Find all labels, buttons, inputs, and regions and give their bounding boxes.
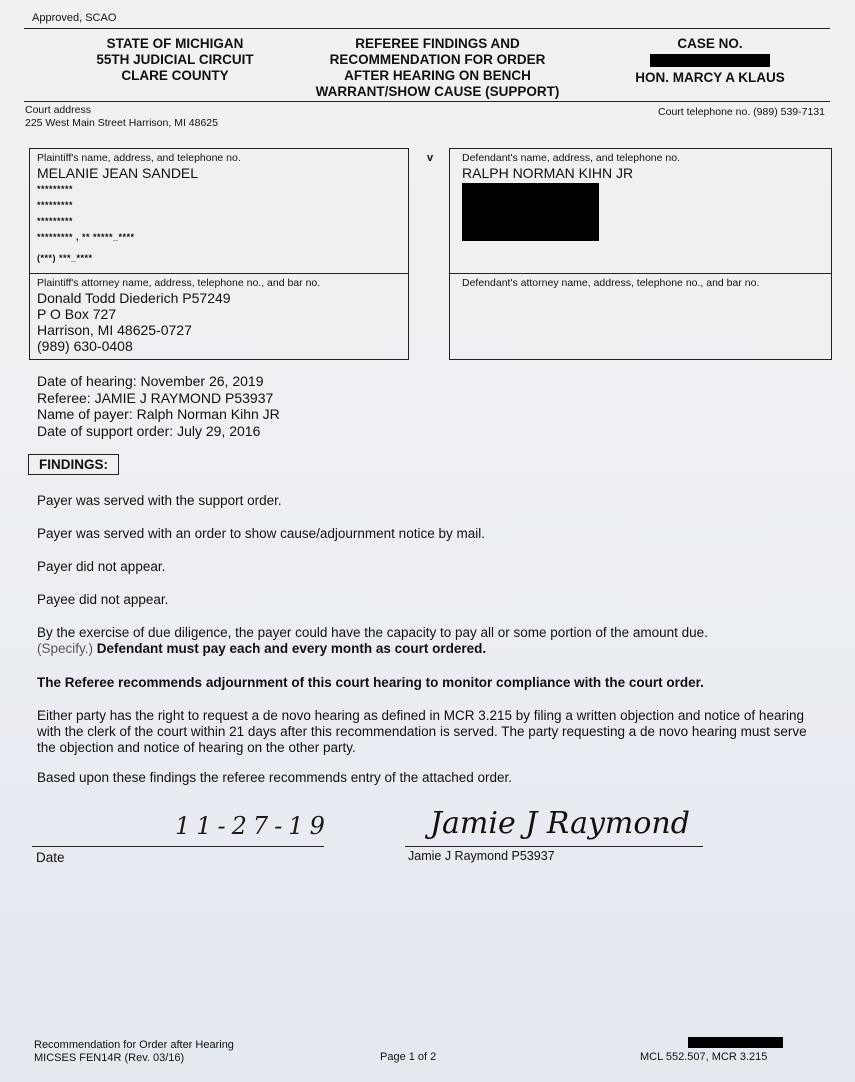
case-no-label: CASE NO.: [610, 36, 810, 52]
plaintiff-attorney-label: Plaintiff's attorney name, address, tele…: [37, 277, 320, 289]
specify-text: Defendant must pay each and every month …: [97, 641, 486, 656]
plaintiff-divider: [30, 273, 408, 274]
header-top-rule: [24, 28, 830, 29]
referee: Referee: JAMIE J RAYMOND P53937: [37, 390, 280, 407]
signature-line: [405, 846, 703, 847]
finding-served-show-cause: Payer was served with an order to show c…: [37, 526, 837, 542]
approved-scao: Approved, SCAO: [32, 12, 116, 24]
defendant-name: RALPH NORMAN KIHN JR: [462, 165, 680, 181]
form-title: Recommendation for Order after Hearing: [34, 1039, 234, 1052]
specify-label: (Specify.): [37, 641, 93, 656]
finding-capacity: By the exercise of due diligence, the pa…: [37, 625, 837, 657]
referee-signature: Jamie J Raymond: [430, 806, 690, 841]
hearing-info: Date of hearing: November 26, 2019 Refer…: [37, 373, 280, 439]
page-number: Page 1 of 2: [380, 1051, 436, 1064]
plaintiff-label: Plaintiff's name, address, and telephone…: [37, 152, 241, 164]
form-id: MICSES FEN14R (Rev. 03/16): [34, 1052, 234, 1065]
name-of-payer: Name of payer: Ralph Norman Kihn JR: [37, 406, 280, 423]
de-novo-notice: Either party has the right to request a …: [37, 708, 827, 756]
plaintiff-masked-address: ********* ********* ********* ********* …: [37, 181, 241, 266]
finding-payer-not-appear: Payer did not appear.: [37, 559, 837, 575]
court-name: STATE OF MICHIGAN 55TH JUDICIAL CIRCUIT …: [45, 36, 305, 84]
form-footer: Recommendation for Order after Hearing M…: [34, 1039, 234, 1065]
plaintiff-name: MELANIE JEAN SANDEL: [37, 165, 241, 181]
statutes: MCL 552.507, MCR 3.215: [640, 1051, 767, 1064]
plaintiff-box: Plaintiff's name, address, and telephone…: [29, 148, 409, 360]
case-number-redaction: [650, 54, 770, 67]
defendant-divider: [450, 273, 831, 274]
defendant-box: Defendant's name, address, and telephone…: [449, 148, 832, 360]
based-upon-findings: Based upon these findings the referee re…: [37, 770, 837, 786]
signer-name: Jamie J Raymond P53937: [408, 849, 555, 863]
document-title: REFEREE FINDINGS AND RECOMMENDATION FOR …: [300, 36, 575, 100]
defendant-label: Defendant's name, address, and telephone…: [462, 152, 680, 164]
handwritten-date: 11-27-19: [175, 812, 331, 840]
header-bottom-rule: [24, 101, 830, 102]
footer-redaction: [688, 1037, 783, 1048]
date-of-hearing: Date of hearing: November 26, 2019: [37, 373, 280, 390]
finding-served-support-order: Payer was served with the support order.: [37, 493, 837, 509]
finding-payee-not-appear: Payee did not appear.: [37, 592, 837, 608]
referee-recommendation: The Referee recommends adjournment of th…: [37, 675, 837, 691]
judge-name: HON. MARCY A KLAUS: [610, 70, 810, 86]
date-label: Date: [36, 850, 65, 865]
findings-heading: FINDINGS:: [28, 454, 119, 475]
versus: v: [427, 152, 433, 164]
plaintiff-attorney: Donald Todd Diederich P57249 P O Box 727…: [37, 290, 320, 354]
court-address: Court address 225 West Main Street Harri…: [25, 104, 218, 130]
date-line: [32, 846, 324, 847]
date-of-support-order: Date of support order: July 29, 2016: [37, 423, 280, 440]
court-telephone: Court telephone no. (989) 539-7131: [658, 106, 825, 118]
defendant-attorney-label: Defendant's attorney name, address, tele…: [462, 277, 759, 289]
defendant-address-redaction: [462, 183, 599, 241]
case-info: CASE NO. HON. MARCY A KLAUS: [610, 36, 810, 86]
